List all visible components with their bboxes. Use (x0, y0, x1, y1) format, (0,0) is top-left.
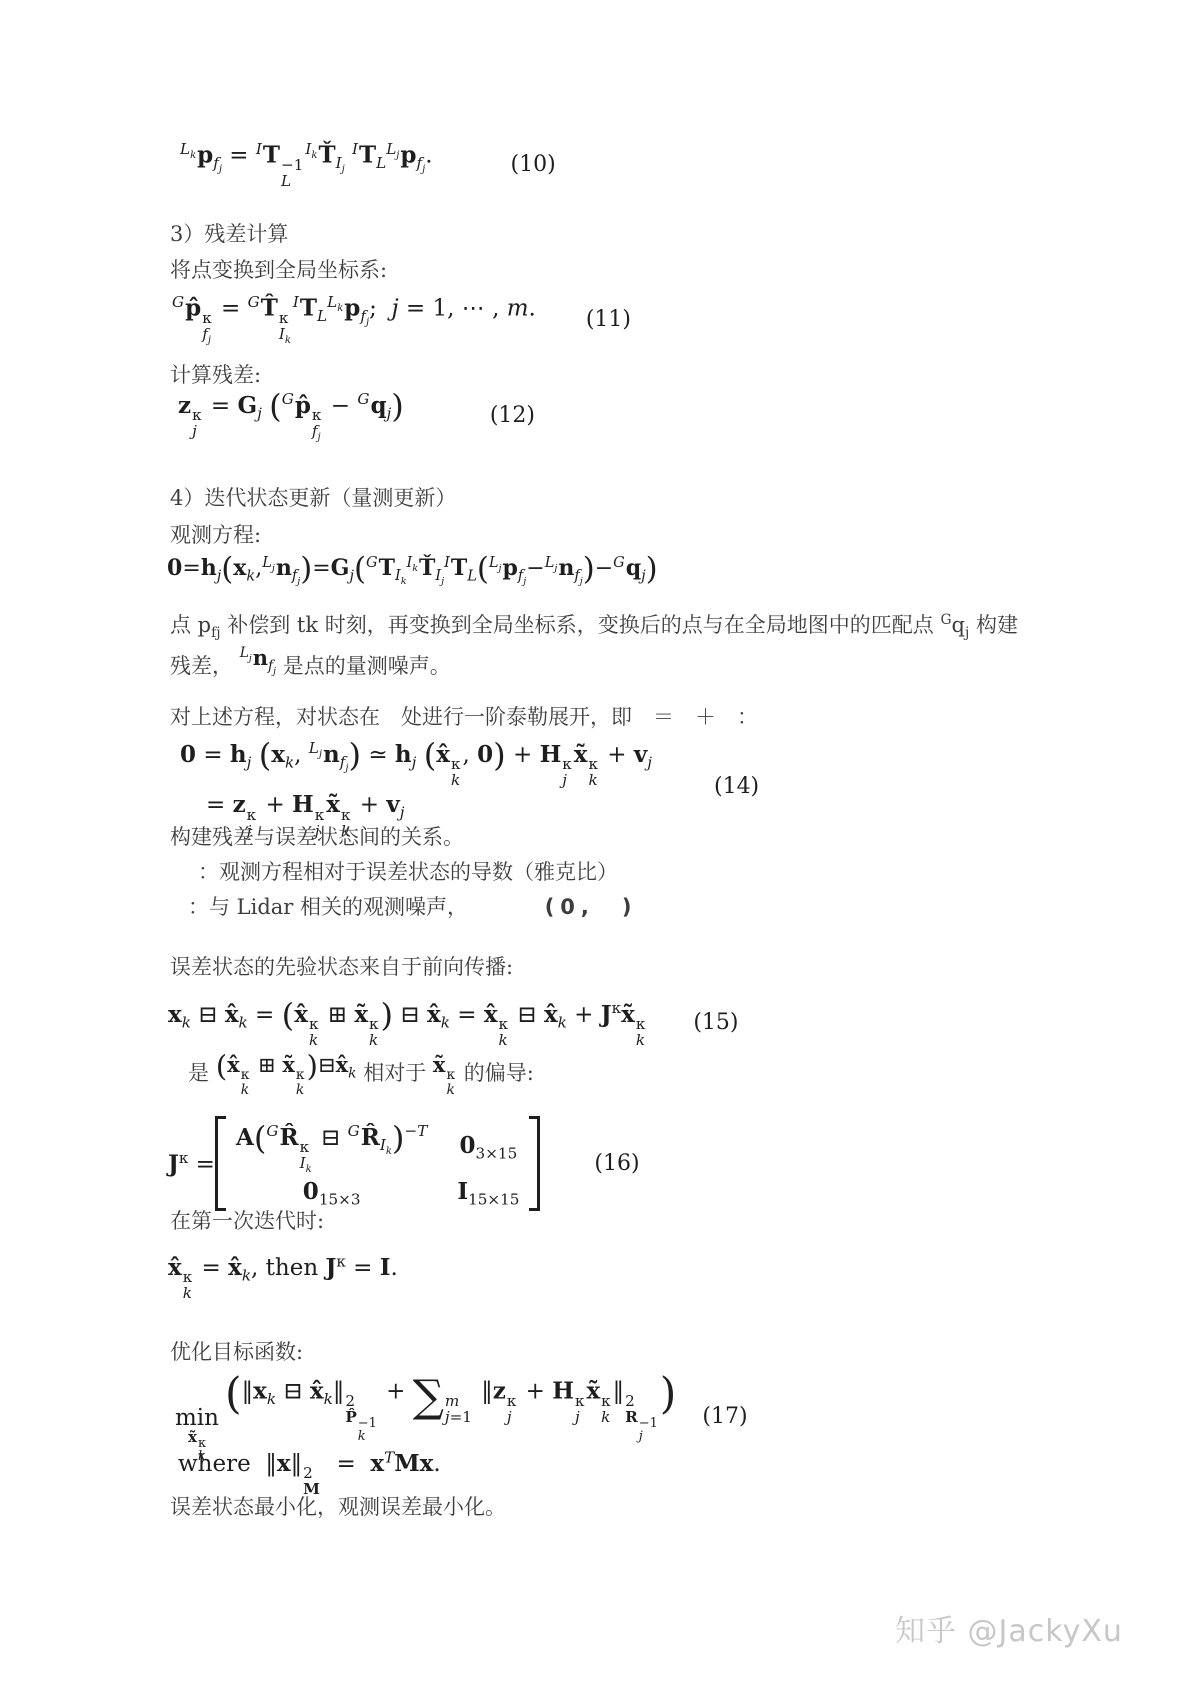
partial-derivative-line: 是 (x̂κk ⊞ x̃κk)⊟x̂k 相对于 x̃κk 的偏导: (188, 1052, 534, 1105)
section-4-heading: 4）迭代状态更新（量测更新） (170, 483, 456, 515)
partial-mid: 相对于 (363, 1061, 433, 1085)
transform-line: 将点变换到全局坐标系: (170, 255, 387, 287)
first-iteration-label: 在第一次迭代时: (170, 1206, 324, 1238)
jacobian-matrix: A(GR̂κIk ⊟ GR̂Ik)−T 03×15 015×3 I15×15 (226, 1116, 529, 1211)
minimization-line: 误差状态最小化，观测误差最小化。 (170, 1492, 506, 1524)
noise-note-text: ：与 Lidar 相关的观测噪声， (188, 895, 468, 919)
taylor-expansion-line: 对上述方程，对状态在 处进行一阶泰勒展开，即 ＝ ＋ ： (170, 702, 758, 734)
paragraph-line-2-prefix: 残差， (170, 654, 233, 678)
where-line: where ‖x‖2M = xTMx. (178, 1448, 441, 1498)
jacobian-note-line: ：观测方程相对于误差状态的导数（雅克比） (198, 857, 618, 889)
partial-formula-2: x̃κk (433, 1049, 457, 1097)
equation-10: Lkpfj = IT−1LIkŤIj ITLLjpfj. (10) (180, 140, 556, 190)
equation-16-lhs: Jκ = (168, 1149, 215, 1178)
equation-10-formula: Lkpfj = IT−1LIkŤIj ITLLjpfj. (180, 140, 433, 190)
equation-14-line1: 0 = hj (xk, Ljnfj) ≃ hj (x̂κk, 0) + Hκjx… (180, 734, 652, 789)
equation-12: zκj = Gj (Gp̂κfj − Gqj) (12) (178, 387, 535, 444)
partial-suffix: 的偏导: (464, 1061, 534, 1085)
equation-17-number: (17) (702, 1404, 747, 1429)
equation-11-number: (11) (586, 307, 631, 332)
paragraph-line-2-suffix: 是点的量测噪声。 (283, 654, 451, 678)
equation-12-number: (12) (490, 403, 535, 428)
noise-symbol-formula: Ljnfj (240, 642, 276, 680)
matrix-left-bracket (215, 1116, 226, 1211)
section-3-heading: 3）残差计算 (170, 219, 288, 251)
equation-16: Jκ = A(GR̂κIk ⊟ GR̂Ik)−T 03×15 015×3 I15… (168, 1116, 640, 1211)
equation-11: Gp̂κfj = GT̂κIkITLLkpfj; j = 1, ⋯ , m. (… (172, 293, 631, 346)
matrix-cell-21: 015×3 (303, 1178, 361, 1209)
equation-12-formula: zκj = Gj (Gp̂κfj − Gqj) (178, 387, 404, 444)
matrix-cell-11: A(GR̂κIk ⊟ GR̂Ik)−T (236, 1119, 427, 1176)
equation-13-formula: 0=hj(xk,Ljnfj)=Gj(GTIkIkŤIjITL(Ljpfj−Ljn… (167, 556, 658, 581)
first-iteration-equation: x̂κk = x̂k, then Jκ = I. (168, 1252, 398, 1302)
noise-note-line: ：与 Lidar 相关的观测噪声， (0, ) (188, 892, 638, 924)
observation-label: 观测方程: (170, 520, 261, 552)
relation-line: 构建残差与误差状态间的关系。 (170, 822, 464, 854)
optimization-label: 优化目标函数: (170, 1337, 303, 1369)
matrix-cell-22: I15×15 (457, 1178, 519, 1209)
watermark: 知乎 @JackyXu (895, 1606, 1123, 1650)
equation-11-formula: Gp̂κfj = GT̂κIkITLLkpfj; j = 1, ⋯ , m. (172, 293, 536, 346)
partial-formula-1: (x̂κk ⊞ x̃κk)⊟x̂k (216, 1044, 357, 1097)
noise-distribution: (0, ) (545, 895, 638, 919)
equation-15-formula: xk ⊟ x̂k = (x̂κk ⊞ x̃κk) ⊟ x̂k = x̂κk ⊟ … (168, 996, 647, 1049)
matrix-right-bracket (529, 1116, 540, 1211)
matrix-cell-12: 03×15 (460, 1132, 518, 1163)
equation-16-number: (16) (594, 1151, 639, 1176)
equation-10-number: (10) (511, 152, 556, 177)
where-formula: where ‖x‖2M = xTMx. (178, 1451, 441, 1477)
equation-13: 0=hj(xk,Ljnfj)=Gj(GTIkIkŤIjITL(Ljpfj−Ljn… (167, 551, 658, 587)
equation-15: xk ⊟ x̂k = (x̂κk ⊞ x̃κk) ⊟ x̂k = x̂κk ⊟ … (168, 996, 739, 1049)
paragraph-line-2: 残差， Ljnfj 是点的量测噪声。 (170, 650, 451, 688)
equation-14-number: (14) (714, 774, 759, 799)
prior-line: 误差状态的先验状态来自于前向传播: (170, 952, 513, 984)
equation-15-number: (15) (693, 1010, 738, 1035)
first-iteration-formula: x̂κk = x̂k, then Jκ = I. (168, 1255, 398, 1281)
paragraph-line-1: 点 pfj 补偿到 tk 时刻，再变换到全局坐标系，变换后的点与在全局地图中的匹… (170, 610, 1018, 644)
partial-prefix: 是 (188, 1061, 216, 1085)
